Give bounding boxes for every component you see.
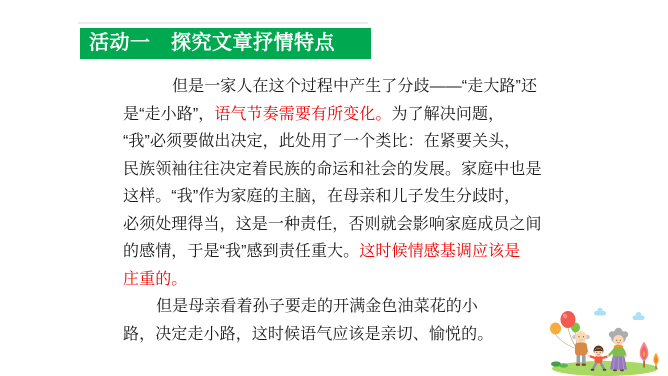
text-line: 但是母亲看着孙子要走的开满金色油菜花的小 bbox=[123, 293, 571, 321]
body-text-segment: 的感情，于是“我”感到责任重大。 bbox=[123, 243, 359, 260]
body-text: 但是一家人在这个过程中产生了分歧——“走大路”还是“走小路”，语气节奏需要有所变… bbox=[123, 73, 571, 348]
activity-banner: 活动一 探究文章抒情特点 bbox=[80, 28, 371, 59]
body-text-segment: 这样。“我”作为家庭的主脑，在母亲和儿子发生分歧时， bbox=[123, 188, 520, 205]
text-line: 是“走小路”，语气节奏需要有所变化。为了解决问题， bbox=[123, 101, 571, 129]
body-text-segment: 但是一家人在这个过程中产生了分歧——“走大路”还 bbox=[172, 78, 537, 95]
balloons bbox=[550, 311, 580, 349]
body-text-segment: 为了解决问题， bbox=[391, 106, 504, 123]
slide-canvas: 活动一 探究文章抒情特点 但是一家人在这个过程中产生了分歧——“走大路”还是“走… bbox=[0, 0, 668, 376]
grandfather bbox=[572, 331, 590, 366]
text-line: 但是一家人在这个过程中产生了分歧——“走大路”还 bbox=[123, 73, 571, 101]
banner-title: 活动一 探究文章抒情特点 bbox=[89, 32, 335, 54]
body-text-segment: 但是母亲看着孙子要走的开满金色油菜花的小 bbox=[156, 298, 478, 315]
text-line: 这样。“我”作为家庭的主脑，在母亲和儿子发生分歧时， bbox=[123, 183, 571, 211]
emphasis-text: 庄重的。 bbox=[123, 271, 187, 288]
body-text-segment: “我”必须要做出决定，此处用了一个类比：在紧要关头， bbox=[123, 133, 520, 150]
body-text-segment: 民族领袖往往决定着民族的命运和社会的发展。家庭中也是 bbox=[123, 161, 542, 178]
text-line: “我”必须要做出决定，此处用了一个类比：在紧要关头， bbox=[123, 128, 571, 156]
text-line: 庄重的。 bbox=[123, 266, 571, 294]
clouds bbox=[594, 308, 645, 320]
emphasis-text: 这时候情感基调应该是 bbox=[359, 243, 520, 260]
text-line: 民族领袖往往决定着民族的命运和社会的发展。家庭中也是 bbox=[123, 156, 571, 184]
banner-top-rule bbox=[78, 22, 368, 24]
family-illustration bbox=[543, 300, 668, 376]
body-text-segment: 是“走小路”， bbox=[123, 106, 214, 123]
body-text-segment: 路，决定走小路，这时候语气应该是亲切、愉悦的。 bbox=[123, 326, 493, 343]
body-text-segment: 必须处理得当，这是一种责任，否则就会影响家庭成员之间 bbox=[123, 216, 542, 233]
text-line: 必须处理得当，这是一种责任，否则就会影响家庭成员之间 bbox=[123, 211, 571, 239]
text-line: 路，决定走小路，这时候语气应该是亲切、愉悦的。 bbox=[123, 321, 571, 349]
emphasis-text: 语气节奏需要有所变化。 bbox=[214, 106, 391, 123]
text-line: 的感情，于是“我”感到责任重大。这时候情感基调应该是 bbox=[123, 238, 571, 266]
